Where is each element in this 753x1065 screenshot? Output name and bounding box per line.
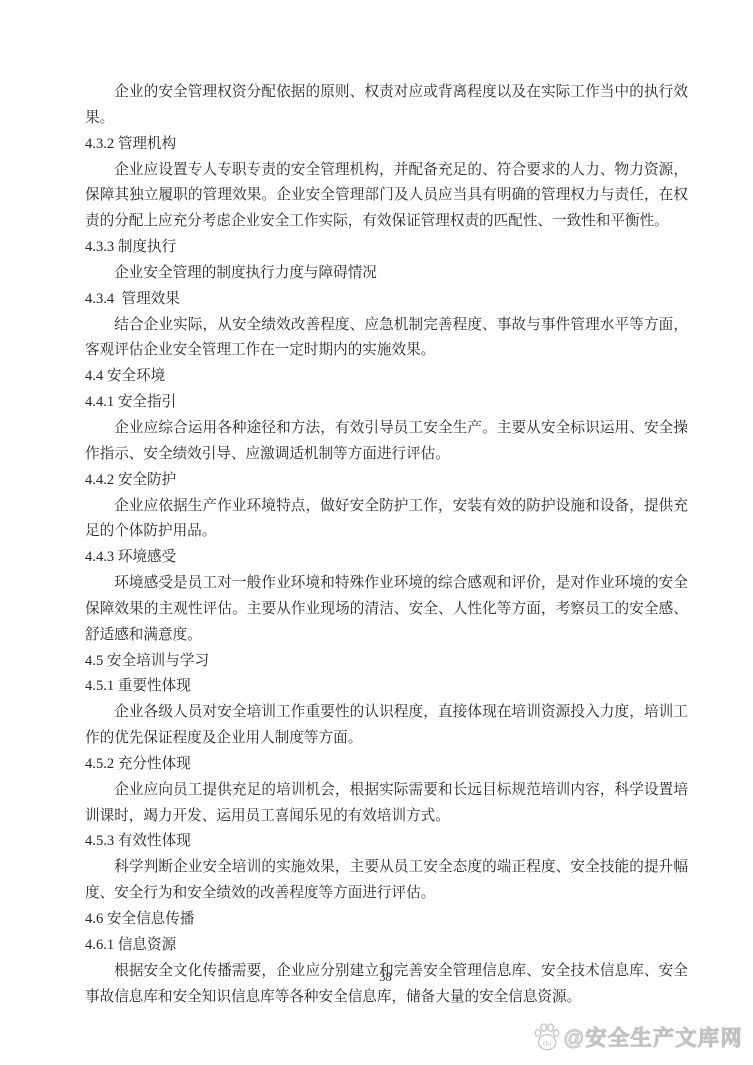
document-heading: 4.5.2 充分性体现 xyxy=(85,752,688,778)
document-paragraph: 企业安全管理的制度执行力度与障碍情况 xyxy=(85,261,688,287)
watermark: du @安全生产文库网 xyxy=(533,1022,743,1052)
document-heading: 4.5.3 有效性体现 xyxy=(85,829,688,855)
document-heading: 4.3.3 制度执行 xyxy=(85,235,688,261)
document-paragraph: 企业应依据生产作业环境特点，做好安全防护工作，安装有效的防护设施和设备，提供充足… xyxy=(85,494,688,546)
watermark-text: @安全生产文库网 xyxy=(564,1022,743,1052)
baidu-paw-icon: du xyxy=(533,1022,561,1052)
page-number: 38 xyxy=(9,970,753,985)
document-paragraph: 企业的安全管理权资分配依据的原则、权责对应或背离程度以及在实际工作当中的执行效果… xyxy=(85,80,688,132)
document-paragraph: 企业应向员工提供充足的培训机会，根据实际需要和长远目标规范培训内容，科学设置培训… xyxy=(85,778,688,830)
document-heading: 4.5.1 重要性体现 xyxy=(85,674,688,700)
document-paragraph: 环境感受是员工对一般作业环境和特殊作业环境的综合感观和评价，是对作业环境的安全保… xyxy=(85,571,688,649)
document-heading: 4.5 安全培训与学习 xyxy=(85,649,688,675)
document-paragraph: 结合企业实际，从安全绩效改善程度、应急机制完善程度、事故与事件管理水平等方面，客… xyxy=(85,313,688,365)
document-heading: 4.3.4 管理效果 xyxy=(85,287,688,313)
document-paragraph: 科学判断企业安全培训的实施效果，主要从员工安全态度的端正程度、安全技能的提升幅度… xyxy=(85,855,688,907)
document-paragraph: 企业应设置专人专职专责的安全管理机构，并配备充足的、符合要求的人力、物力资源，保… xyxy=(85,158,688,236)
document-heading: 4.6 安全信息传播 xyxy=(85,907,688,933)
document-paragraph: 企业应综合运用各种途径和方法，有效引导员工安全生产。主要从安全标识运用、安全操作… xyxy=(85,416,688,468)
document-page: 企业的安全管理权资分配依据的原则、权责对应或背离程度以及在实际工作当中的执行效果… xyxy=(0,0,753,1065)
document-paragraph: 企业各级人员对安全培训工作重要性的认识程度，直接体现在培训资源投入力度，培训工作… xyxy=(85,700,688,752)
document-body: 企业的安全管理权资分配依据的原则、权责对应或背离程度以及在实际工作当中的执行效果… xyxy=(85,80,688,1010)
document-heading: 4.4 安全环境 xyxy=(85,364,688,390)
document-heading: 4.4.2 安全防护 xyxy=(85,468,688,494)
baidu-paw-label: du xyxy=(543,1038,551,1047)
document-heading: 4.3.2 管理机构 xyxy=(85,132,688,158)
document-heading: 4.6.1 信息资源 xyxy=(85,933,688,959)
document-heading: 4.4.3 环境感受 xyxy=(85,545,688,571)
document-heading: 4.4.1 安全指引 xyxy=(85,390,688,416)
